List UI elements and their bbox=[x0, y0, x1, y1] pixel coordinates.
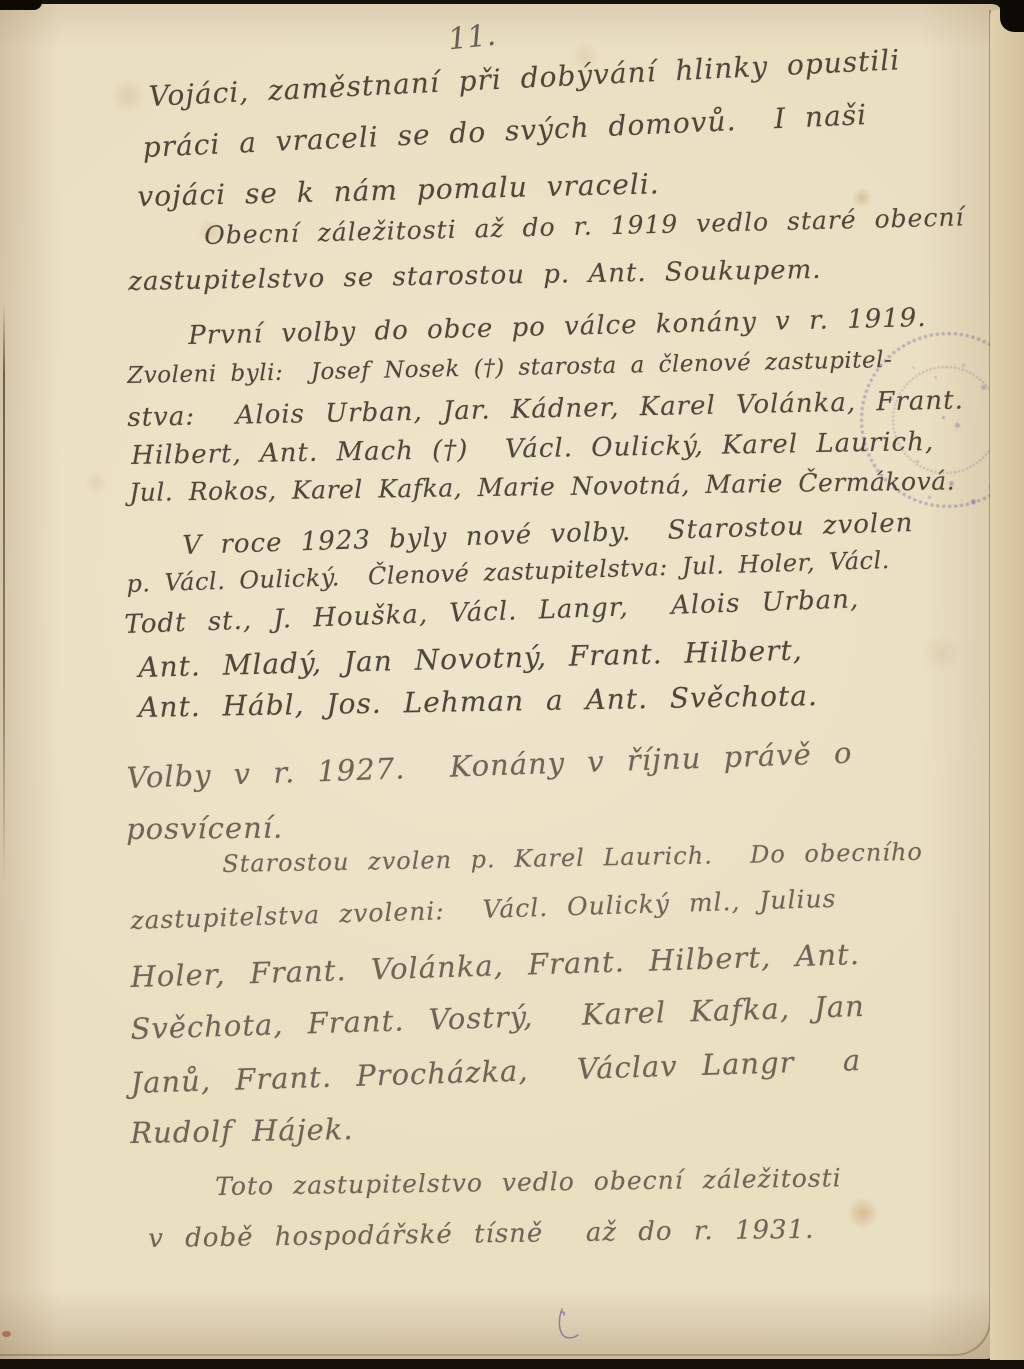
manuscript-line: Ant. Mladý, Jan Novotný, Frant. Hilbert, bbox=[138, 634, 803, 684]
manuscript-line: Zvoleni byli: Josef Nosek (†) starosta a… bbox=[127, 347, 893, 389]
manuscript-line: Holer, Frant. Volánka, Frant. Hilbert, A… bbox=[130, 937, 860, 994]
manuscript-line: Obecní záležitosti až do r. 1919 vedlo s… bbox=[204, 202, 965, 250]
manuscript-line: stva: Alois Urban, Jar. Kádner, Karel Vo… bbox=[127, 385, 964, 433]
manuscript-line: Toto zastupitelstvo vedlo obecní záležit… bbox=[215, 1163, 842, 1201]
manuscript-line: Svěchota, Frant. Vostrý, Karel Kafka, Ja… bbox=[130, 989, 865, 1046]
book-binding-shadow bbox=[3, 304, 5, 884]
ink-squiggle-mark bbox=[552, 1307, 586, 1351]
paper-stain-dot bbox=[2, 1331, 11, 1337]
manuscript-line: První volby do obce po válce konány v r.… bbox=[188, 303, 927, 351]
manuscript-line: Hilbert, Ant. Mach (†) Václ. Oulický, Ka… bbox=[131, 427, 934, 471]
stamp-inner-ring bbox=[892, 366, 1000, 474]
manuscript-line: Starostou zvolen p. Karel Laurich. Do ob… bbox=[222, 838, 923, 878]
manuscript-line: Janů, Frant. Procházka, Václav Langr a bbox=[130, 1043, 862, 1100]
manuscript-line: v době hospodářské tísně až do r. 1931. bbox=[148, 1215, 815, 1254]
stamp-speckles bbox=[942, 416, 945, 419]
manuscript-line: zastupitelstva zvoleni: Václ. Oulický ml… bbox=[130, 884, 837, 935]
ink-stamp bbox=[852, 326, 1002, 516]
page-number: 11. bbox=[446, 18, 497, 58]
scan-dark-corner-topright bbox=[1000, 0, 1024, 32]
manuscript-line: Ant. Hábl, Jos. Lehman a Ant. Svěchota. bbox=[138, 679, 818, 724]
manuscript-line: Volby v r. 1927. Konány v říjnu právě o bbox=[126, 736, 853, 795]
manuscript-line: Jul. Rokos, Karel Kafka, Marie Novotná, … bbox=[129, 466, 955, 507]
scan-dark-corner-topleft bbox=[0, 0, 42, 10]
manuscript-page: 11. Vojáci, zaměstnaní při dobývání hlin… bbox=[0, 4, 1002, 1359]
book-page-edges bbox=[990, 10, 1024, 1360]
manuscript-line: vojáci se k nám pomalu vraceli. bbox=[137, 167, 660, 213]
manuscript-line: Rudolf Hájek. bbox=[130, 1112, 354, 1150]
manuscript-line: posvícení. bbox=[126, 811, 283, 846]
manuscript-line: zastupitelstvo se starostou p. Ant. Souk… bbox=[128, 255, 822, 297]
